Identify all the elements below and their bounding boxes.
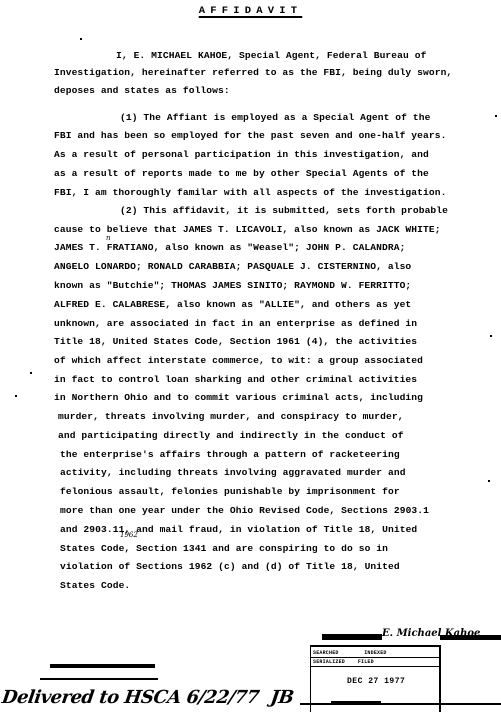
p2-line-9: of which affect interstate commerce, to … xyxy=(54,355,423,367)
stamp-searched-row: SEARCHED INDEXED xyxy=(313,650,387,656)
scan-speck xyxy=(15,395,17,397)
intro-line-3: deposes and states as follows: xyxy=(54,85,230,97)
p2-line-2: cause to believe that JAMES T. LICAVOLI,… xyxy=(54,224,441,236)
p2-line-20: violation of Sections 1962 (c) and (d) o… xyxy=(60,561,400,573)
stamp-serialized-row: SERIALIZED FILED xyxy=(313,659,374,665)
p2-line-11: in Northern Ohio and to commit various c… xyxy=(54,392,423,404)
affidavit-page: AFFIDAVIT I, E. MICHAEL KAHOE, Special A… xyxy=(0,0,501,723)
p2-line-3: JAMES T. FRATIANO, also known as "Weasel… xyxy=(54,242,405,254)
p2-line-7: unknown, are associated in fact in an en… xyxy=(54,318,417,330)
p2-line-16: felonious assault, felonies punishable b… xyxy=(60,486,400,498)
p1-line-4: as a result of reports made to me by oth… xyxy=(54,168,429,180)
p2-line-4: ANGELO LONARDO; RONALD CARABBIA; PASQUAL… xyxy=(54,261,411,273)
p2-line-13: and participating directly and indirectl… xyxy=(58,430,404,442)
witness-signature-line xyxy=(40,678,158,680)
stamp-date: DEC 27 1977 xyxy=(347,677,405,686)
scan-speck xyxy=(490,335,492,337)
redaction-bar xyxy=(322,634,382,640)
redaction-bar xyxy=(50,664,155,668)
intro-line-1: I, E. MICHAEL KAHOE, Special Agent, Fede… xyxy=(116,50,426,62)
p1-line-2: FBI and has been so employed for the pas… xyxy=(54,130,446,142)
intro-line-2: Investigation, hereinafter referred to a… xyxy=(54,67,452,79)
p2-line-17: more than one year under the Ohio Revise… xyxy=(60,505,429,517)
scan-speck xyxy=(488,480,490,482)
stamp-rule xyxy=(311,657,439,658)
p2-line-10: in fact to control loan sharking and oth… xyxy=(54,374,417,386)
scan-speck xyxy=(30,372,32,374)
p2-line-1: (2) This affidavit, it is submitted, set… xyxy=(120,205,448,217)
document-title: AFFIDAVIT xyxy=(0,5,501,17)
bottom-rule xyxy=(300,703,501,705)
affiant-signature: E. Michael Kahoe xyxy=(382,628,480,639)
p2-line-19: States Code, Section 1341 and are conspi… xyxy=(60,543,388,555)
p1-line-5: FBI, I am thoroughly familar with all as… xyxy=(54,187,446,199)
p2-line-6: ALFRED E. CALABRESE, also known as "ALLI… xyxy=(54,299,411,311)
scan-speck xyxy=(80,38,82,40)
handwritten-correction-section: 1962 xyxy=(120,531,138,539)
p2-line-8: Title 18, United States Code, Section 19… xyxy=(54,336,417,348)
p2-line-18: and 2903.11, and mail fraud, in violatio… xyxy=(60,524,417,536)
p2-line-15: activity, including threats involving ag… xyxy=(60,467,406,479)
delivery-annotation: Delivered to HSCA 6/22/77 JB xyxy=(1,687,295,708)
stamp-rule xyxy=(311,666,439,667)
p2-line-12: murder, threats involving murder, and co… xyxy=(58,411,404,423)
p2-line-14: the enterprise's affairs through a patte… xyxy=(60,449,400,461)
p1-line-1: (1) The Affiant is employed as a Special… xyxy=(120,112,430,124)
handwritten-correction-fratiano: n xyxy=(106,234,111,242)
p1-line-3: As a result of personal participation in… xyxy=(54,149,429,161)
received-stamp: SEARCHED INDEXED SERIALIZED FILED DEC 27… xyxy=(310,645,441,712)
p2-line-21: States Code. xyxy=(60,580,130,592)
scan-speck xyxy=(495,115,497,117)
p2-line-5: known as "Butchie"; THOMAS JAMES SINITO;… xyxy=(54,280,411,292)
